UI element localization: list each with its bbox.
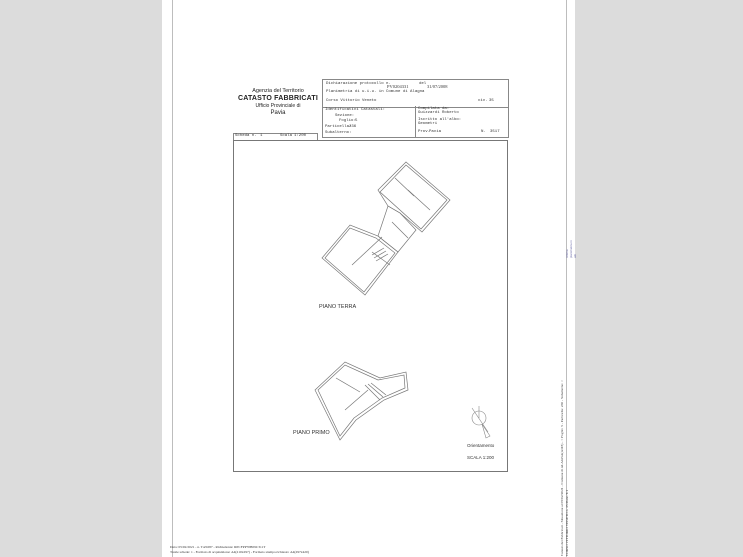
side-note-line-2: CORSO VITTORIO VENETO n. 35 Piano T-1 <box>565 380 570 556</box>
ground-floor-plan <box>322 162 450 295</box>
compass-icon <box>472 406 490 438</box>
scale-label: SCALA 1:200 <box>467 455 494 460</box>
document-footer: Data: 05/02/2021 - n. T4/0287 - Richiede… <box>170 545 309 555</box>
floor-plans-drawing <box>0 0 743 557</box>
footer-line-2: Totale schede: 1 - Formato di acquisizio… <box>170 550 309 555</box>
ground-floor-label: PIANO TERRA <box>319 304 356 310</box>
side-mark: Ultima planimetria in atti <box>565 240 568 258</box>
first-floor-plan <box>315 362 408 440</box>
first-floor-label: PIANO PRIMO <box>293 430 330 436</box>
orientation-label: Orientamento <box>467 443 494 448</box>
side-note: Catasto dei Fabbricati - Situazione al 0… <box>560 380 570 556</box>
